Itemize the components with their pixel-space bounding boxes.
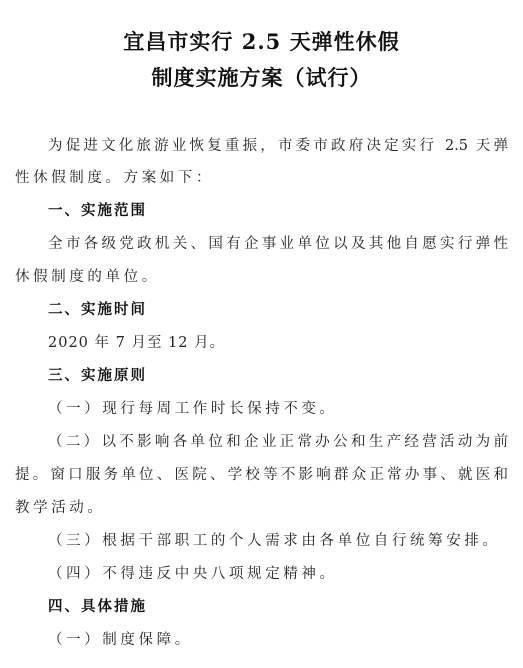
principle-item-4: （四）不得违反中央八项规定精神。 — [48, 562, 523, 583]
principle-item-1: （一）现行每周工作时长保持不变。 — [48, 397, 523, 418]
document-title-line2: 制度实施方案（试行） — [0, 62, 523, 92]
section-heading-time: 二、实施时间 — [48, 298, 523, 319]
scope-paragraph-line1: 全市各级党政机关、国有企事业单位以及其他自愿实行弹性 — [48, 232, 508, 253]
time-paragraph: 2020 年 7 月至 12 月。 — [48, 331, 523, 352]
document-title-line1: 宜昌市实行 2.5 天弹性休假 — [0, 26, 523, 56]
document-page: 宜昌市实行 2.5 天弹性休假 制度实施方案（试行） 为促进文化旅游业恢复重振，… — [0, 0, 523, 668]
scope-paragraph-line2: 休假制度的单位。 — [15, 265, 510, 286]
intro-paragraph-line2: 性休假制度。方案如下： — [15, 166, 510, 187]
principle-item-2-line2: 提。窗口服务单位、医院、学校等不影响群众正常办事、就医和 — [15, 463, 508, 484]
section-heading-measures: 四、具体措施 — [48, 595, 523, 616]
section-heading-principles: 三、实施原则 — [48, 364, 523, 385]
measure-item-1: （一）制度保障。 — [48, 628, 523, 649]
principle-item-3: （三）根据干部职工的个人需求由各单位自行统筹安排。 — [48, 529, 523, 550]
section-heading-scope: 一、实施范围 — [48, 199, 523, 220]
principle-item-2-line1: （二）以不影响各单位和企业正常办公和生产经营活动为前 — [48, 430, 508, 451]
principle-item-2-line3: 教学活动。 — [15, 496, 510, 517]
intro-paragraph-line1: 为促进文化旅游业恢复重振，市委市政府决定实行 2.5 天弹 — [48, 134, 508, 155]
